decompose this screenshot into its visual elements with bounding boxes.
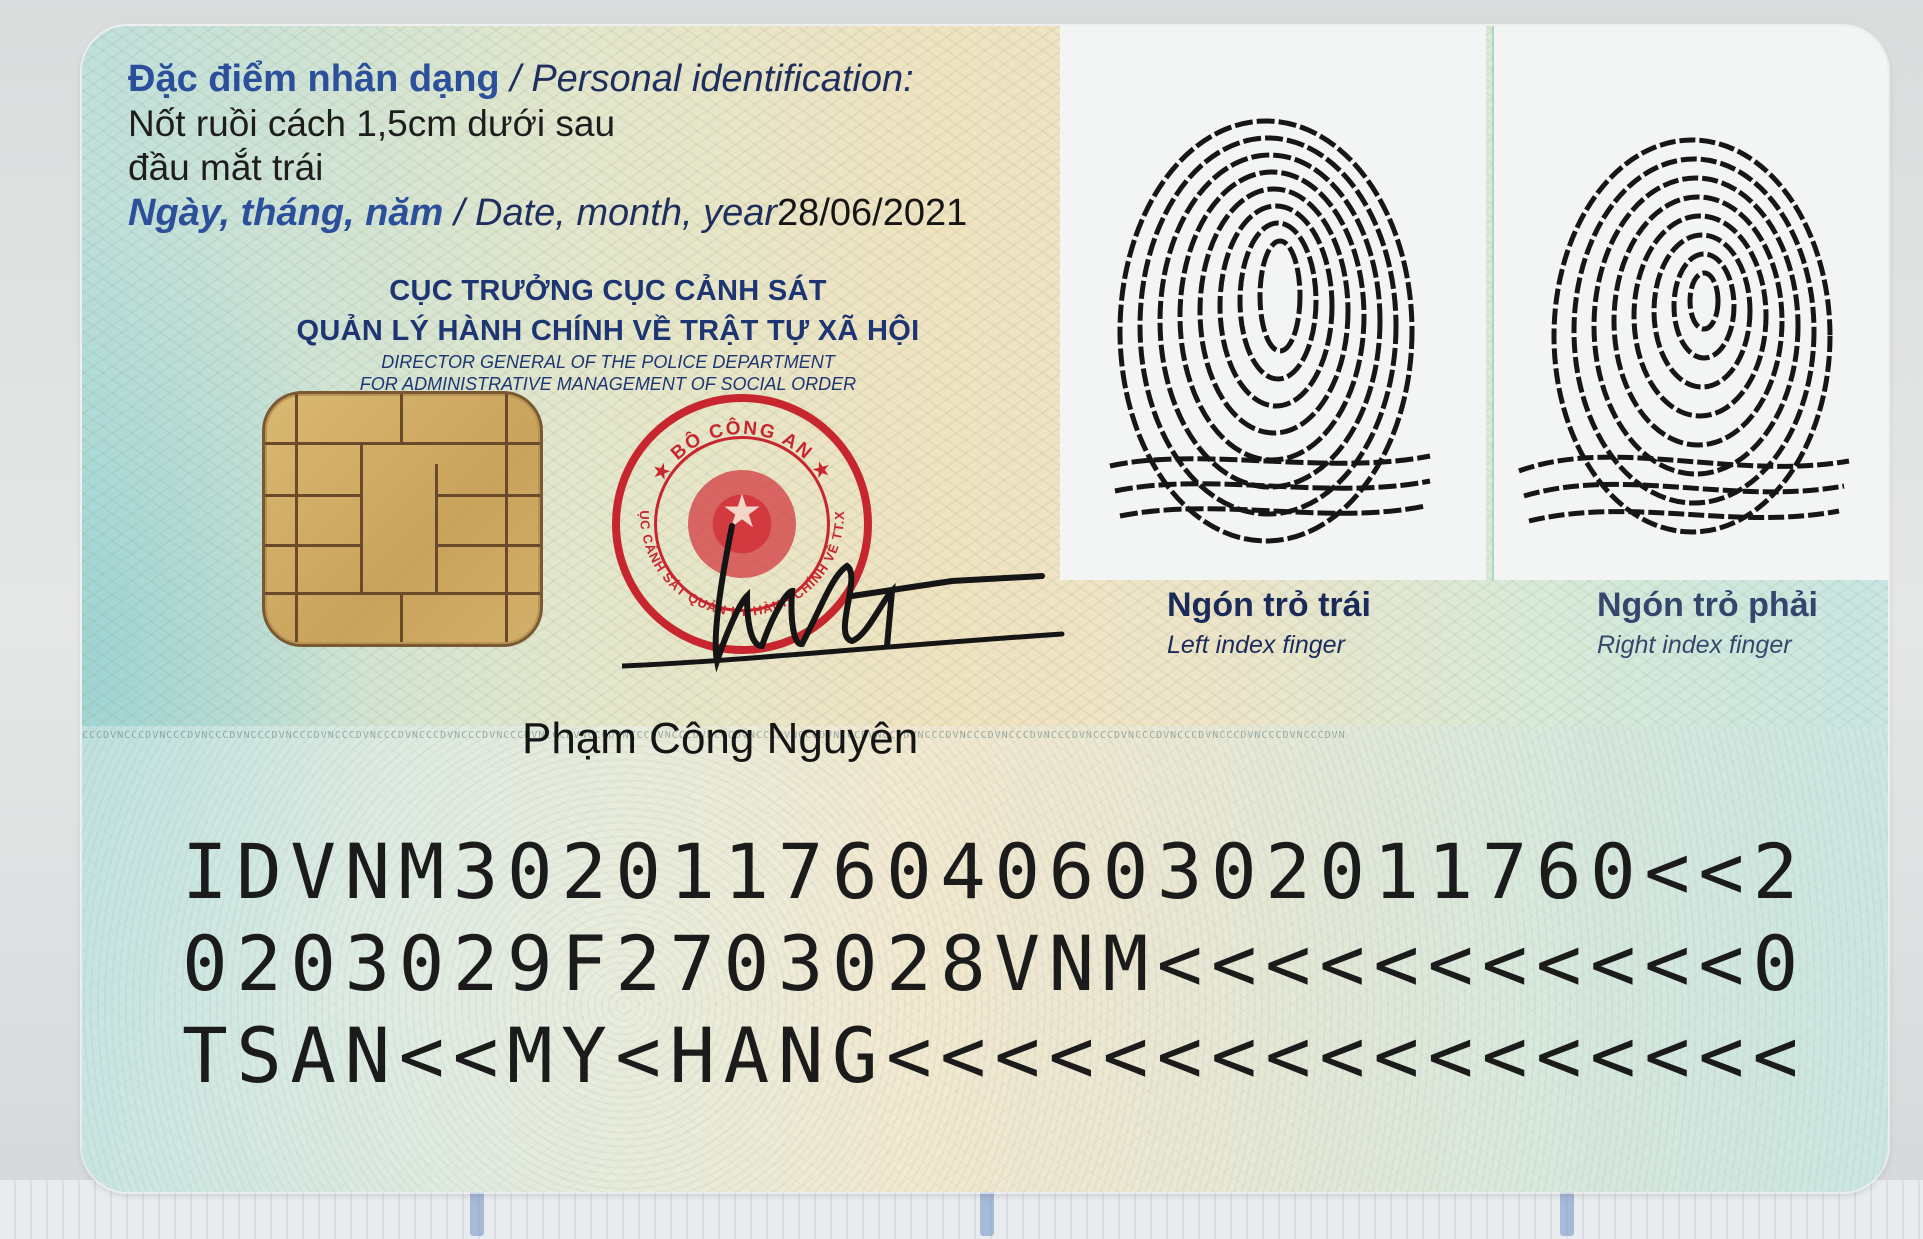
issue-date-value: 28/06/2021 (777, 192, 967, 234)
svg-text:★ BỘ CÔNG AN ★: ★ BỘ CÔNG AN ★ (649, 417, 836, 485)
identification-mark-line-1: Nốt ruồi cách 1,5cm dưới sau (128, 102, 1088, 146)
identification-section: Đặc điểm nhân dạng / Personal identifica… (128, 56, 1088, 236)
signature (622, 496, 1072, 706)
personal-identification-label: Đặc điểm nhân dạng / Personal identifica… (128, 56, 1088, 102)
machine-readable-zone: IDVNM3020117604060302011760<<2 0203029F2… (182, 826, 1807, 1102)
left-fingerprint-icon (1100, 86, 1440, 546)
right-fingerprint-icon (1514, 86, 1854, 546)
signer-name: Phạm Công Nguyên (522, 714, 918, 764)
identification-mark-line-2: đầu mắt trái (128, 146, 1088, 190)
right-index-finger-label: Ngón trỏ phải Right index finger (1597, 586, 1818, 660)
id-card-back: CCCDVNCCCDVNCCCDVNCCCDVNCCCDVNCCCDVNCCCD… (82, 26, 1888, 1192)
issue-date-row: Ngày, tháng, năm / Date, month, year28/0… (128, 190, 1088, 236)
mrz-line-2: 0203029F2703028VNM<<<<<<<<<<<0 (182, 918, 1807, 1010)
left-index-finger-label: Ngón trỏ trái Left index finger (1167, 586, 1371, 660)
mrz-line-1: IDVNM3020117604060302011760<<2 (182, 826, 1807, 918)
issuing-authority: CỤC TRƯỞNG CỤC CẢNH SÁT QUẢN LÝ HÀNH CHÍ… (128, 271, 1088, 395)
security-microtext: CCCDVNCCCDVNCCCDVNCCCDVNCCCDVNCCCDVNCCCD… (82, 730, 1888, 744)
left-fingerprint-box (1060, 26, 1486, 580)
smart-chip-icon (262, 391, 543, 647)
mrz-line-3: TSAN<<MY<HANG<<<<<<<<<<<<<<<<< (182, 1010, 1807, 1102)
right-fingerprint-box (1492, 26, 1888, 580)
